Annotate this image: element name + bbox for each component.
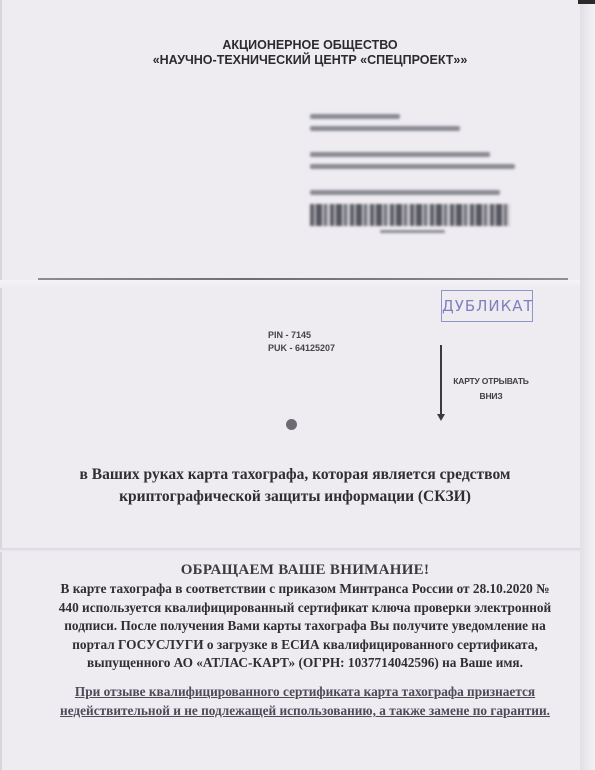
attention-line: 440 используется квалифицированный серти… [45, 599, 565, 618]
barcode [310, 204, 510, 226]
pin-code: PIN - 7145 [268, 329, 335, 342]
warning-line-1: При отзыве квалифицированного сертификат… [45, 682, 565, 701]
card-codes: PIN - 7145 PUK - 64125207 [268, 329, 335, 355]
scan-artifact [578, 0, 595, 4]
paper-edge-right [580, 0, 595, 770]
arrow-down-icon [440, 345, 442, 417]
revocation-warning: При отзыве квалифицированного сертификат… [45, 682, 565, 720]
tear-instruction-line-2: ВНИЗ [446, 389, 536, 404]
paper-edge-left [0, 0, 2, 770]
attention-line: выпущенного АО «АТЛАС-КАРТ» (ОГРН: 10377… [45, 654, 565, 673]
duplicate-stamp: ДУБЛИКАТ [441, 290, 533, 322]
card-note: в Ваших руках карта тахографа, которая я… [60, 464, 530, 508]
attention-title: ОБРАЩАЕМ ВАШЕ ВНИМАНИЕ! [40, 562, 570, 579]
attention-line: портал ГОСУСЛУГИ о загрузке в ЕСИА квали… [45, 636, 565, 655]
card-note-line-1: в Ваших руках карта тахографа, которая я… [60, 464, 530, 486]
puk-code: PUK - 64125207 [268, 342, 335, 355]
org-line-1: АКЦИОНЕРНОЕ ОБЩЕСТВО [100, 38, 520, 53]
attention-line: подписи. После получения Вами карты тахо… [45, 617, 565, 636]
attention-body: В карте тахографа в соответствии с прика… [45, 580, 565, 673]
punch-hole [286, 419, 297, 430]
attention-line: В карте тахографа в соответствии с прика… [45, 580, 565, 599]
fold-shadow [0, 280, 580, 288]
org-line-2: «НАУЧНО-ТЕХНИЧЕСКИЙ ЦЕНТР «СПЕЦПРОЕКТ»» [100, 53, 520, 68]
arrow-head-icon [437, 414, 445, 421]
tear-instruction-line-1: КАРТУ ОТРЫВАТЬ [446, 374, 536, 389]
warning-line-2: недействительной и не подлежащей использ… [45, 701, 565, 720]
organization-header: АКЦИОНЕРНОЕ ОБЩЕСТВО «НАУЧНО-ТЕХНИЧЕСКИЙ… [100, 38, 520, 68]
lower-fold [0, 548, 580, 552]
redacted-recipient-address [310, 114, 530, 234]
card-note-line-2: криптографической защиты информации (СКЗ… [60, 486, 530, 508]
tear-instruction: КАРТУ ОТРЫВАТЬ ВНИЗ [446, 374, 536, 404]
